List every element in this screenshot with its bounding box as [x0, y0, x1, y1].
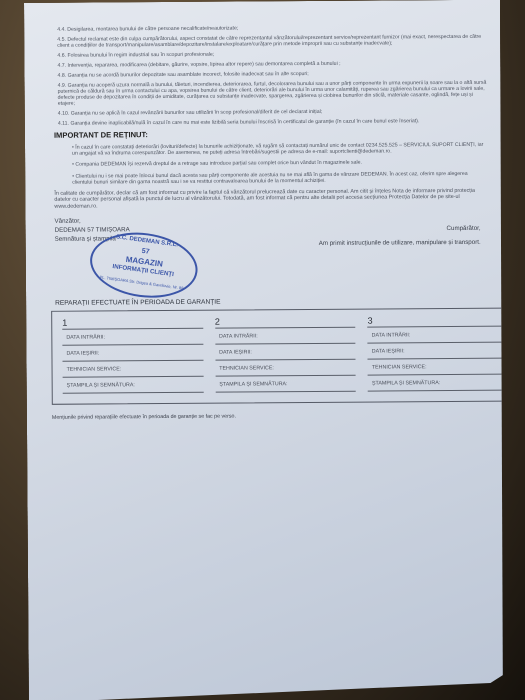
repair-column-2: 2 DATA INTRĂRII: DATA IEȘIRII: TEHNICIAN…: [215, 316, 356, 393]
exit-date-field: DATA IEȘIRII:: [62, 345, 203, 362]
exit-date-field: DATA IEȘIRII:: [368, 343, 509, 360]
clause-4-5: 4.5. Defectul reclamat este din culpa cu…: [57, 34, 487, 49]
repairs-note: Mențiunile privind reparațiile efectuate…: [52, 412, 490, 421]
repair-column-3: 3 DATA INTRĂRII: DATA IEȘIRII: TEHNICIAN…: [368, 315, 509, 392]
entry-date-field: DATA INTRĂRII:: [368, 327, 509, 344]
seller-label: Vânzător,: [54, 218, 80, 225]
repair-number: 1: [62, 317, 203, 330]
repairs-table: 1 DATA INTRĂRII: DATA IEȘIRII: TEHNICIAN…: [51, 307, 520, 404]
clause-4-10: 4.10. Garanția nu se aplică în cazul rev…: [58, 108, 488, 117]
buyer-declaration: În calitate de cumpărător, declar că am …: [54, 188, 488, 210]
clause-4-9: 4.9. Garanția nu acoperă uzura normală a…: [58, 80, 488, 107]
stamp-signature-field: ȘTAMPILA ȘI SEMNĂTURA:: [63, 377, 204, 394]
entry-date-field: DATA INTRĂRII:: [215, 328, 356, 345]
document-content: 4.4. Desigilarea, montarea bunului de că…: [57, 24, 490, 421]
bullet-replacement: • Clientului nu i se mai poate înlocui b…: [72, 170, 488, 185]
technician-field: TEHNICIAN SERVICE:: [368, 359, 509, 376]
repair-column-1: 1 DATA INTRĂRII: DATA IEȘIRII: TEHNICIAN…: [62, 317, 203, 394]
clause-4-8: 4.8. Garanția nu se acordă bunurilor dep…: [57, 70, 487, 79]
repair-number: 2: [215, 316, 356, 329]
technician-field: TEHNICIAN SERVICE:: [63, 361, 204, 378]
clauses: 4.4. Desigilarea, montarea bunului de că…: [57, 24, 488, 127]
stamp-signature-field: ȘTAMPILA ȘI SEMNĂTURA:: [215, 376, 356, 393]
stamp-signature-field: ȘTAMPILA ȘI SEMNĂTURA:: [368, 375, 509, 392]
exit-date-field: DATA IEȘIRII:: [215, 344, 356, 361]
clause-4-7: 4.7. Intervenția, repararea, modificarea…: [57, 60, 487, 69]
warranty-document-page: 4.4. Desigilarea, montarea bunului de că…: [24, 0, 505, 700]
clause-4-4: 4.4. Desigilarea, montarea bunului de că…: [57, 24, 487, 33]
clause-4-6: 4.6. Folosirea bunului în regim industri…: [57, 50, 487, 59]
company-stamp: S.C. DEDEMAN S.R.L. 57 MAGAZIN INFORMAȚI…: [86, 226, 202, 304]
bullet-contact: • În cazul în care constatați deteriorăr…: [72, 142, 488, 157]
signature-section: Vânzător, DEDEMAN 57 TIMIȘOARA Semnătura…: [54, 215, 488, 278]
repairs-title: REPARAȚII EFECTUATE ÎN PERIOADA DE GARAN…: [55, 297, 489, 307]
bullet-company-rights: • Compania DEDEMAN își rezervă dreptul d…: [72, 159, 488, 168]
buyer-label: Cumpărător,: [447, 225, 481, 232]
repair-number: 3: [368, 315, 509, 328]
entry-date-field: DATA INTRĂRII:: [62, 329, 203, 346]
important-heading: IMPORTANT DE REȚINUT:: [54, 128, 488, 140]
technician-field: TEHNICIAN SERVICE:: [215, 360, 356, 377]
seller-name: DEDEMAN 57 TIMIȘOARA: [55, 226, 130, 234]
clause-4-11: 4.11. Garanția devine inaplicabilă/nulă …: [58, 118, 488, 127]
buyer-acknowledgement: Am primit instrucțiunile de utilizare, m…: [319, 239, 481, 247]
